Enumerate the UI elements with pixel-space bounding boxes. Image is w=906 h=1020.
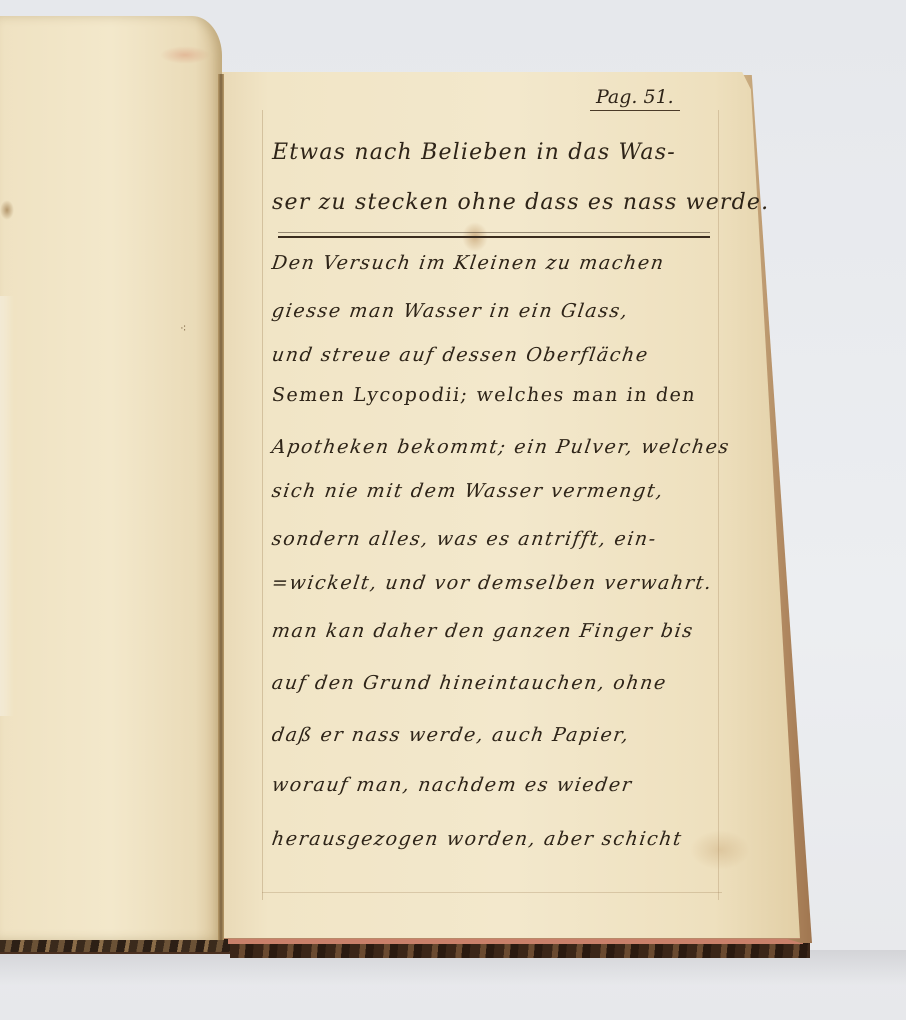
body-line: und streue auf dessen Oberfläche: [270, 344, 650, 366]
body-line: auf den Grund hineintauchen, ohne: [270, 672, 668, 694]
paper-mark: ⁖: [180, 322, 186, 335]
body-line: sondern alles, was es antrifft, ein-: [270, 528, 658, 550]
body-line: giesse man Wasser in ein Glass,: [270, 300, 630, 322]
left-page: [0, 16, 222, 940]
margin-line: [718, 110, 719, 900]
page-shadow: [0, 296, 14, 716]
body-line: Semen Lycopodii; welches man in den: [270, 384, 697, 406]
body-line: sich nie mit dem Wasser vermengt,: [270, 480, 665, 502]
heading-rule: [278, 236, 710, 238]
margin-line: [262, 892, 722, 893]
body-line: Den Versuch im Kleinen zu machen: [270, 252, 666, 274]
heading-line-2: ser zu stecken ohne dass es nass werde.: [272, 190, 769, 215]
table-shadow: [0, 950, 906, 1020]
heading-line-1: Etwas nach Belieben in das Was-: [272, 140, 676, 165]
body-line: herausgezogen worden, aber schicht: [270, 828, 683, 850]
page-number-mark: Pag. 51.: [590, 86, 680, 111]
book-photo: ⁖ Pag. 51. Etwas nach Belieben in das Wa…: [0, 0, 906, 1020]
heading-rule: [278, 232, 710, 233]
margin-line: [262, 110, 263, 900]
book-gutter: [218, 74, 224, 940]
stain: [690, 830, 750, 870]
body-line: =wickelt, und vor demselben verwahrt.: [270, 572, 714, 594]
body-line: worauf man, nachdem es wieder: [270, 774, 634, 796]
body-line: Apotheken bekommt; ein Pulver, welches: [270, 436, 731, 458]
body-line: man kan daher den ganzen Finger bis: [270, 620, 695, 642]
body-line: daß er nass werde, auch Papier,: [270, 724, 631, 746]
stain: [0, 200, 14, 220]
